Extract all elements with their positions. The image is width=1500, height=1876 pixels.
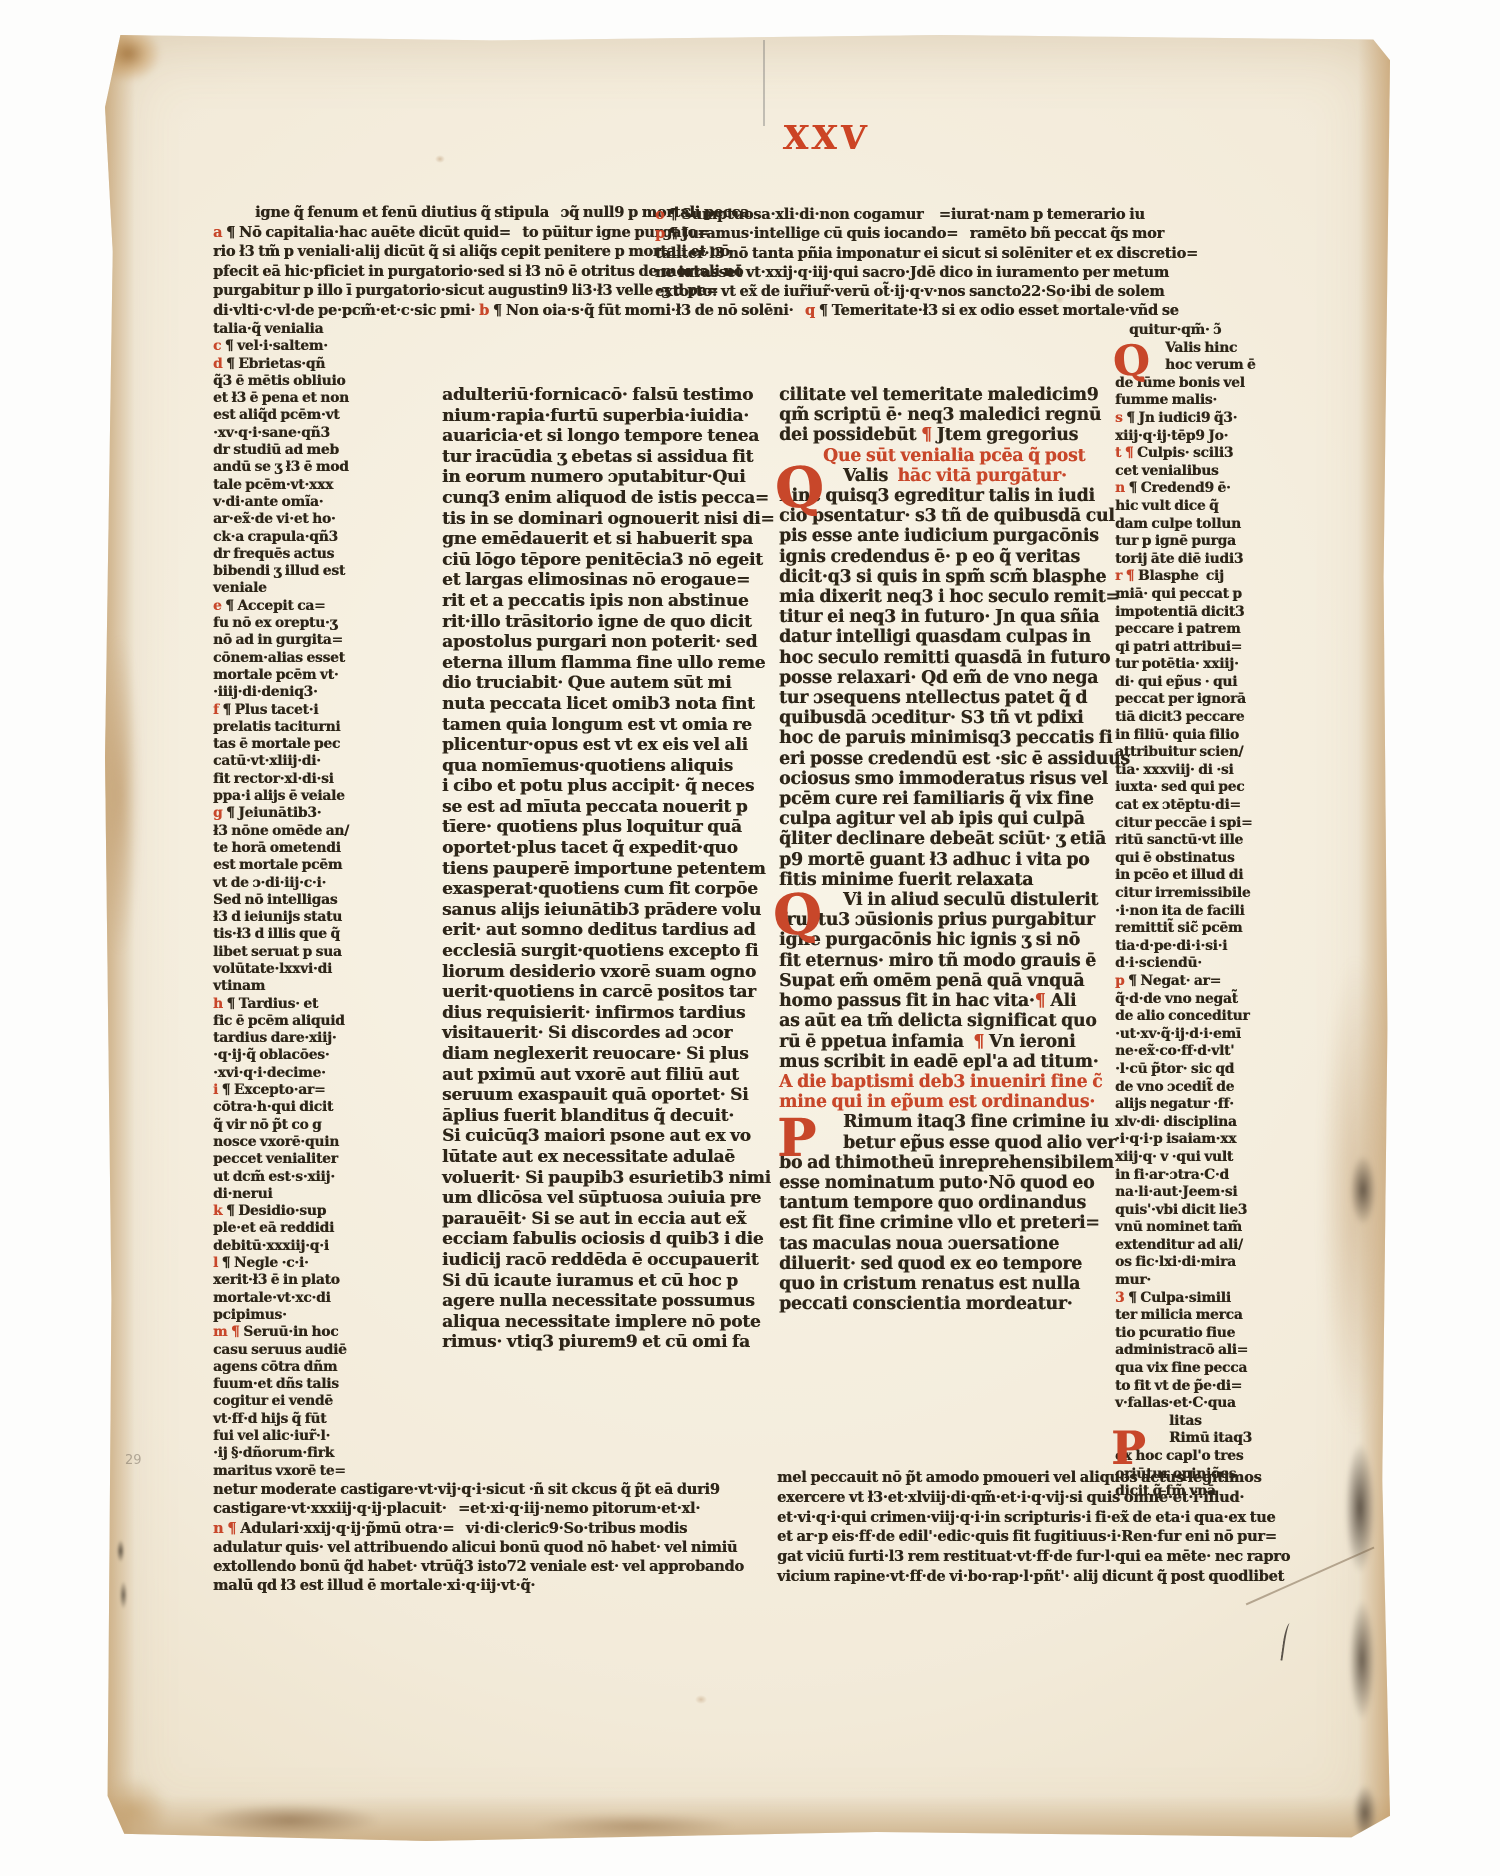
text-line: rio ł3 tm̃ p veniali·alij dicūt q̃ si al… (213, 242, 643, 262)
text-line: os fic·lxi·di·mira (1115, 1254, 1301, 1272)
text-line: ni·ł3 de nō solēni· q ¶ Temeritate·ł3 si… (655, 301, 1305, 320)
text-line: et ar·p eis·ff·de edil'·edic·quis fit fu… (777, 1527, 1302, 1547)
foxing-dot-3 (695, 1695, 707, 1704)
text-line: Si dū icaute iuramus et cū hoc p (442, 1271, 724, 1292)
text-line: d ¶ Ebrietas·qñ (213, 356, 383, 373)
text-line: Rimum itaq3 fine crimine iu (779, 1112, 1109, 1132)
text-line: tamen quia longum est vt omia re (442, 715, 724, 736)
text-line: gat viciū furti·l3 rem restituat·vt·ff·d… (777, 1547, 1302, 1567)
text-line: seruum exaspauit quā oportet· Si (442, 1085, 724, 1106)
photograph-backdrop: XXV igne q̃ fenum et fenū diutius q̃ sti… (0, 0, 1500, 1876)
text-line: fuum·et dñs talis (213, 1376, 383, 1393)
text-line: p9 mortē guant ł3 adhuc i vita po (779, 850, 1109, 870)
incunable-leaf: XXV igne q̃ fenum et fenū diutius q̃ sti… (105, 35, 1390, 1841)
right-edge-dark-blotch-2 (1345, 1443, 1375, 1573)
text-line: mine qui in ep̃um est ordinandus· (779, 1092, 1109, 1112)
text-line: g ¶ Jeiunātib3· (213, 805, 383, 822)
text-line: qua nomīemus·quotiens aliquis (442, 756, 724, 777)
text-line: quis'·vbi dicit lie3 (1115, 1202, 1301, 1220)
text-line: se est ad mīuta peccata nouerit p (442, 797, 724, 818)
text-line: quo in cristum renatus est nulla (779, 1274, 1109, 1294)
text-line: ar·ex̃·de vi·et ho· (213, 511, 383, 528)
text-line: q̃3 ē mētis obliuio (213, 373, 383, 390)
text-line: tiā dicit3 peccare (1115, 709, 1301, 727)
text-line: datur intelligi quasdam culpas in (779, 627, 1109, 647)
text-line: miā· qui peccat p (1115, 586, 1301, 604)
text-line: gne emēdauerit et si habuerit spa (442, 529, 724, 550)
text-line: mortale pcēm vt· (213, 667, 383, 684)
text-line: ł3 nōne omēde an/ (213, 823, 383, 840)
text-line: extorto: vt ex̃ de iur̃iur̃·verū ot̃·ij·… (655, 282, 1305, 301)
text-line: k ¶ Desidio·sup (213, 1203, 383, 1220)
text-line: f ¶ Plus tacet·i (213, 702, 383, 719)
left-main-text-column: adulteriū·fornicacō· falsū testimonium·r… (442, 385, 724, 1353)
text-line: n ¶ Adulari·xxij·q·ij·p̃mū otra·= vi·di·… (213, 1519, 723, 1538)
text-line: l ¶ Negle ·c·i· (213, 1255, 383, 1272)
text-line: administracō ali= (1115, 1342, 1301, 1360)
text-line: fitis minime fuerit relaxata (779, 870, 1109, 890)
text-line: iudicij racō reddēda ē occupauerit (442, 1250, 724, 1271)
text-line: culpa agitur vel ab ipis qui culpā (779, 809, 1109, 829)
text-line: extenditur ad ali/ (1115, 1237, 1301, 1255)
text-line: hic vult dice q̃ (1115, 498, 1301, 516)
text-line: hoc de paruis minimisq3 peccatis fi (779, 728, 1109, 748)
text-line: malū qd ł3 est illud ē mortale·xi·q·iij·… (213, 1576, 723, 1595)
text-line: cōnem·alias esset (213, 650, 383, 667)
text-line: ecciam fabulis ociosis d quib3 i die (442, 1229, 724, 1250)
text-line: vtinam (213, 978, 383, 995)
text-line: alijs negatur ·ff· (1115, 1096, 1301, 1114)
text-line: libet seruat p sua (213, 944, 383, 961)
text-line: ciū lōgo tēpore penitēcia3 nō egeit (442, 550, 724, 571)
text-line: i cibo et potu plus accipit· q̃ neces (442, 776, 724, 797)
text-line: m ¶ Seruū·in hoc (213, 1324, 383, 1341)
text-line: diam neglexerit reuocare· Si plus (442, 1044, 724, 1065)
text-line: ignis credendus ē· p eo q̃ veritas (779, 547, 1109, 567)
top-left-gloss-block: igne q̃ fenum et fenū diutius q̃ stipula… (213, 203, 643, 321)
text-line: tur ɔsequens ntellectus patet q̃ d (779, 688, 1109, 708)
text-line: dr studiū ad meb (213, 442, 383, 459)
text-line: maritus vxorē te= (213, 1463, 383, 1480)
text-line: bo ad thimotheū inreprehensibilem (779, 1153, 1109, 1173)
text-line: torij āte diē iudi3 (1115, 551, 1301, 569)
text-line: tur p ignē purga (1115, 533, 1301, 551)
text-line: v·di·ante omĩa· (213, 494, 383, 511)
text-line: ·ij §·dñorum·firk (213, 1445, 383, 1462)
text-line: mia dixerit neq3 i hoc seculo remit= (779, 587, 1109, 607)
text-line: ter milicia merca (1115, 1307, 1301, 1325)
right-edge-dark-blotch-1 (1350, 1155, 1376, 1225)
text-line: A die baptismi deb3 inueniri fine c̃ (779, 1072, 1109, 1092)
text-line: xiij·q· v ·qui vult (1115, 1149, 1301, 1167)
text-line: debitū·xxxiij·q·i (213, 1238, 383, 1255)
text-line: titur ei neq3 in futuro· Jn qua sñia (779, 607, 1109, 627)
text-line: impotentiā dicit3 (1115, 604, 1301, 622)
text-line: um dlicōsa vel sūptuosa ɔuiuia pre (442, 1188, 724, 1209)
bottom-dark-patch-2 (535, 1813, 735, 1839)
rubric-initial-Q: Q (773, 458, 826, 517)
text-line: fu nō ex oreptu·ʒ (213, 615, 383, 632)
text-line: ppa·i alijs ē veiale (213, 788, 383, 805)
text-line: Sed nō intelligas (213, 892, 383, 909)
text-line: dio truciabit· Que autem sūt mi (442, 673, 724, 694)
text-line: na·li·aut·Jeem·si (1115, 1184, 1301, 1202)
foxing-dot-1 (435, 155, 445, 163)
text-line: homo passus fit in hac vita·¶ Ali (779, 991, 1109, 1011)
text-line: et·vi·q·i·qui crimen·viij·q·i·in scriptu… (777, 1508, 1302, 1528)
text-line: ·xvi·q·i·decime· (213, 1065, 383, 1082)
text-line: nium·rapia·furtū superbia·iuidia· (442, 406, 724, 427)
text-line: pcipimus· (213, 1307, 383, 1324)
text-line: h ¶ Tardius· et (213, 996, 383, 1013)
text-line: ·i·non ita de facili (1115, 903, 1301, 921)
text-line: exercere vt ł3·et·xlviij·di·qm̃·et·i·q·v… (777, 1488, 1302, 1508)
text-line: iuxta· sed qui pec (1115, 779, 1301, 797)
text-line: ·q·ij·q̃ oblacōes· (213, 1047, 383, 1064)
text-line: pcēm cure rei familiaris q̃ vix fine (779, 789, 1109, 809)
text-line: in filiū· quia filio (1115, 727, 1301, 745)
text-line: ·l·cū p̃tor· sic qd (1115, 1061, 1301, 1079)
text-line: tia·d·pe·di·i·si·i (1115, 938, 1301, 956)
text-line: dicit·q3 si quis in spm̃ scm̃ blasphe (779, 567, 1109, 587)
edge-stain-bottom (105, 1795, 1390, 1841)
text-line: betur ep̃us esse quod alio ver (779, 1133, 1109, 1153)
text-line: plicentur·opus est vt ex eis vel ali (442, 735, 724, 756)
text-line: ecclesiā surgit·quotiens excepto fi (442, 941, 724, 962)
pencil-annotation: 29 (125, 1453, 142, 1468)
text-line: ·i·q·i·p isaiam·xx (1115, 1131, 1301, 1149)
text-line: ut dcm̃ est·s·xiij· (213, 1169, 383, 1186)
text-line: vt de ɔ·di·iij·c·i· (213, 875, 383, 892)
text-line: tale pcēm·vt·xxx (213, 477, 383, 494)
text-line: cio psentatur· s3 tñ de quibusdā cul (779, 506, 1109, 526)
text-line: ple·et eā reddidi (213, 1220, 383, 1237)
rubric-initial-Q-small: Q (1112, 339, 1151, 383)
text-line: vt·ff·d hijs q̃ fūt (213, 1411, 383, 1428)
text-line: talia·q̃ venialia (213, 321, 383, 338)
rubric-initial-Q: Q (771, 885, 824, 944)
text-line: parauēit· Si se aut in eccia aut ex̃ (442, 1209, 724, 1230)
text-line: tur potētia· xxiij· (1115, 656, 1301, 674)
text-line: p ¶ Negat· ar= (1115, 973, 1301, 991)
text-line: rit·illo trāsitorio igne de quo dicit (442, 612, 724, 633)
text-line: vicium rapine·vt·ff·de vi·bo·rap·l·pñt'·… (777, 1567, 1302, 1587)
text-line: qui ē obstinatus (1115, 850, 1301, 868)
text-line: peccare i patrem (1115, 621, 1301, 639)
text-line: Vi in aliud seculū distulerit (779, 890, 1109, 910)
text-line: di·nerui (213, 1186, 383, 1203)
text-line: erit· aut somno deditus tardius ad (442, 920, 724, 941)
text-line: fui vel alic·iur̃·l· (213, 1428, 383, 1445)
text-line: v·fallas·et·C·qua (1115, 1395, 1301, 1413)
text-line: tia· xxxviij· di ·si (1115, 762, 1301, 780)
text-line: pfecit eā hic·pficiet in purgatorio·sed … (213, 262, 643, 282)
text-line: a ¶ Nō capitalia·hac auēte dicūt quid= t… (213, 223, 643, 243)
text-line: cet venialibus (1115, 463, 1301, 481)
text-line: veniale (213, 580, 383, 597)
text-line: to fit vt de p̃e·di= (1115, 1378, 1301, 1396)
edge-stain-left-mid (99, 635, 141, 955)
text-line: fic ē pcēm aliquid (213, 1013, 383, 1030)
text-line: mus scribit in eadē epl'a ad titum· (779, 1052, 1109, 1072)
text-line: catū·vt·xliij·di· (213, 753, 383, 770)
text-line: i ¶ Excepto·ar= (213, 1082, 383, 1099)
text-line: netur moderate castigare·vt·vij·q·i·sicu… (213, 1480, 723, 1499)
text-line: qm̃ scriptū ē· neq3 maledici regnū (779, 405, 1109, 425)
text-line: hoc seculo remitti quasdā in futuro (779, 648, 1109, 668)
text-line: tīere· quotiens plus loquitur quā (442, 817, 724, 838)
text-line: casu seruus audiē (213, 1342, 383, 1359)
text-line: volūtate·lxxvi·di (213, 961, 383, 978)
text-line: Supat em̃ omēm penā quā vnquā (779, 971, 1109, 991)
text-line: xiij·q·ij·tēp9 Jo· (1115, 428, 1301, 446)
text-line: peccati conscientia mordeatur· (779, 1294, 1109, 1314)
text-line: igne q̃ fenum et fenū diutius q̃ stipula… (213, 203, 643, 223)
text-line: tis·ł3 d illis que q̃ (213, 926, 383, 943)
text-line: ociosus smo immoderatus risus vel (779, 769, 1109, 789)
text-line: de alio conceditur (1115, 1008, 1301, 1026)
text-line: dr frequēs actus (213, 546, 383, 563)
text-line: tardius dare·xiij· (213, 1030, 383, 1047)
text-line: n ¶ Credend9 ē· (1115, 480, 1301, 498)
right-gloss-column: quitur·qm̃· ɔ̃Valis hinchoc verum ēde fu… (1115, 322, 1301, 1501)
text-line: posse relaxari· Qd em̃ de vno nega (779, 668, 1109, 688)
edge-stain-left (105, 35, 135, 1841)
text-line: cat ex ɔtēptu·di= (1115, 797, 1301, 815)
text-line: prelatis taciturni (213, 719, 383, 736)
text-line: igne purgacōnis hic ignis ʒ si nō (779, 930, 1109, 950)
text-line: ne·ex̃·co·ff·d·vlt' (1115, 1043, 1301, 1061)
text-line: apostolus purgari non poterit· sed (442, 632, 724, 653)
text-line: auaricia·et si longo tempore tenea (442, 426, 724, 447)
text-line: vnū nominet tam̃ (1115, 1219, 1301, 1237)
text-line: cilitate vel temeritate maledicim9 (779, 385, 1109, 405)
text-line: ritū sanctū·vt ille (1115, 832, 1301, 850)
text-line: de vno ɔcedit̃ de (1115, 1079, 1301, 1097)
text-line: castigare·vt·xxxiij·q·ij·placuit· =et·xi… (213, 1499, 723, 1518)
text-line: s ¶ Jn iudici9 q̃3· (1115, 410, 1301, 428)
text-line: fit eternus· miro tñ modo grauis ē (779, 951, 1109, 971)
text-line: qua vix fine pecca (1115, 1360, 1301, 1378)
text-line: tantum tempore quo ordinandus (779, 1193, 1109, 1213)
text-line: in fi·ar·ɔtra·C·d (1115, 1167, 1301, 1185)
text-line: andū se ʒ ł3 ē mod (213, 459, 383, 476)
text-line: ck·a crapula·qñ3 (213, 529, 383, 546)
text-line: xerit·ł3 ē in plato (213, 1272, 383, 1289)
text-line: xlv·di· disciplina (1115, 1114, 1301, 1132)
text-line: uerit·quotiens in carcē positos tar (442, 982, 724, 1003)
text-line: diluerit· sed quod ex eo tempore (779, 1254, 1109, 1274)
text-line: r ¶ Blasphe cij (1115, 568, 1301, 586)
text-line: mel peccauit nō p̃t amodo pmoueri vel al… (777, 1468, 1302, 1488)
text-line: esse nominatum puto·Nō quod eo (779, 1173, 1109, 1193)
text-line: liorum desiderio vxorē suam ogno (442, 962, 724, 983)
text-line: q̃ vir nō p̃t co g (213, 1117, 383, 1134)
text-line: ·iiij·di·deniq3· (213, 684, 383, 701)
text-line: qi patri attribui= (1115, 639, 1301, 657)
text-line: rit et a peccatis ipis non abstinue (442, 591, 724, 612)
text-line: t ¶ Culpis· scili3 (1115, 445, 1301, 463)
text-line: hinc quisq3 egreditur talis in iudi (779, 486, 1109, 506)
text-line: purgabitur p illo ī purgatorio·sicut aug… (213, 281, 643, 301)
text-line: tas maculas noua ɔuersatione (779, 1234, 1109, 1254)
text-line: nō ad in gurgita= (213, 632, 383, 649)
text-line: adulatur quis· vel attribuendo alicui bo… (213, 1538, 723, 1557)
text-line: est aliq̃d pcēm·vt (213, 407, 383, 424)
crease-hairline (763, 40, 765, 126)
text-line: citur peccāe i spi= (1115, 815, 1301, 833)
text-line: cogitur ei vendē (213, 1393, 383, 1410)
text-line: sanus alijs ieiunātib3 prādere volu (442, 900, 724, 921)
text-line: exasperat·quotiens cum fit corpōe (442, 879, 724, 900)
right-edge-dark-blotch-3 (1349, 1600, 1375, 1720)
text-line: q̃liter declinare debeāt sciūt· ʒ etiā (779, 829, 1109, 849)
text-line: taliter·l3 nō tanta pñia imponatur ei si… (655, 244, 1305, 263)
corner-stain-bottom-left (97, 1675, 277, 1845)
text-line: Que sūt venialia pcēa q̃ post (779, 446, 1109, 466)
text-line: dius requisierit· infirmos tardius (442, 1003, 724, 1024)
text-line: te horā ometendi (213, 840, 383, 857)
right-edge-dark-blotch-4 (1353, 1785, 1377, 1841)
text-line: fructu3 ɔūsionis prius purgabitur (779, 910, 1109, 930)
text-line: peccet venialiter (213, 1151, 383, 1168)
text-line: o ¶ Sumptuosa·xli·di·non cogamur =iurat·… (655, 205, 1305, 224)
text-line: bibendi ʒ illud est (213, 563, 383, 580)
ink-mark (1280, 1623, 1292, 1662)
corner-stain-top-left (93, 25, 283, 155)
edge-stain-right (1358, 35, 1390, 1841)
text-line: tio pcuratio fiue (1115, 1325, 1301, 1343)
bottom-dark-patch-1 (200, 1803, 380, 1837)
text-line: di· qui ep̃us · qui (1115, 674, 1301, 692)
text-line: est mortale pcēm (213, 857, 383, 874)
rubric-initial-P: P (777, 1113, 816, 1165)
text-line: tis in se dominari ognouerit nisi di= (442, 509, 724, 530)
text-line: rū ē ppetua infamia ¶ Vn ieroni (779, 1032, 1109, 1052)
text-line: mortale·vt·xc·di (213, 1290, 383, 1307)
text-line: aut pximū aut vxorē aut filiū aut (442, 1065, 724, 1086)
text-line: nuta peccata licet omib3 nota fint (442, 694, 724, 715)
bottom-left-gloss-block: netur moderate castigare·vt·vij·q·i·sicu… (213, 1480, 723, 1596)
text-line: q̃·d·de vno negat̃ (1115, 991, 1301, 1009)
text-line: et largas elimosinas nō erogaue= (442, 570, 724, 591)
text-line: attribuitur scien/ (1115, 744, 1301, 762)
text-line: nosce vxorē·quin (213, 1134, 383, 1151)
text-line: fumme malis· (1115, 392, 1301, 410)
text-line: eri posse credendū est ·sic ē assiduus (779, 749, 1109, 769)
text-line: tiens pauperē importune petentem (442, 859, 724, 880)
folio-number: XXV (782, 118, 871, 157)
text-line: p ¶ Juramus·intellige cū quis iocando= r… (655, 224, 1305, 243)
text-line: tas ē mortale pec (213, 736, 383, 753)
text-line: est fit fine crimine vllo et preteri= (779, 1213, 1109, 1233)
text-line: d·i·sciendū· (1115, 955, 1301, 973)
left-edge-dark-specks (115, 1535, 129, 1615)
text-line: voluerit· Si paupib3 esurietib3 nimi (442, 1168, 724, 1189)
text-line: Si cuicūq3 maiori psone aut ex vo (442, 1126, 724, 1147)
text-line: tur iracūdia ʒ ebetas si assidua fit (442, 447, 724, 468)
text-line: 3 ¶ Culpa·simili (1115, 1290, 1301, 1308)
text-line: ne iurasset vt·xxij·q·iij·qui sacro·Jdē … (655, 263, 1305, 282)
text-line: mur· (1115, 1272, 1301, 1290)
text-line: agere nulla necessitate possumus (442, 1291, 724, 1312)
text-line: et ł3 ē pena et non (213, 390, 383, 407)
right-main-text-column: cilitate vel temeritate maledicim9qm̃ sc… (779, 385, 1109, 1314)
text-line: fit rector·xl·di·si (213, 771, 383, 788)
text-line: in pcēo et illud di (1115, 867, 1301, 885)
text-line: c ¶ vel·i·saltem· (213, 338, 383, 355)
text-line: di·vlti·c·vl·de pe·pcm̃·et·c·sic pmi· b … (213, 301, 643, 321)
text-line: ·xv·q·i·sane·qñ3 (213, 425, 383, 442)
text-line: ·ut·xv·q̃·ij·d·i·emī (1115, 1026, 1301, 1044)
text-line: as aūt ea tm̃ delicta significat quo (779, 1011, 1109, 1031)
top-right-gloss-block: o ¶ Sumptuosa·xli·di·non cogamur =iurat·… (655, 205, 1305, 321)
text-line: aliqua necessitate implere nō pote (442, 1312, 724, 1333)
text-line: ł3 d ieiunijs statu (213, 909, 383, 926)
text-line: dam culpe tollun (1115, 516, 1301, 534)
text-line: eterna illum flamma fine ullo reme (442, 653, 724, 674)
text-line: cunq3 enim aliquod de istis pecca= (442, 488, 724, 509)
text-line: Valis hāc vitā purgātur· (779, 466, 1109, 486)
text-line: visitauerit· Si discordes ad ɔcor (442, 1023, 724, 1044)
text-line: quibusdā ɔceditur· S3 tñ vt pdixi (779, 708, 1109, 728)
text-line: oportet·plus tacet q̃ expedit·quo (442, 838, 724, 859)
text-line: cōtra·h·qui dicit (213, 1099, 383, 1116)
text-line: lūtate aut ex necessitate adulaē (442, 1147, 724, 1168)
text-line: agens cōtra dñm (213, 1359, 383, 1376)
text-line: dei possidebūt ¶ Jtem gregorius (779, 425, 1109, 445)
text-line: remittit̃ sic̃ pcēm (1115, 920, 1301, 938)
text-line: adulteriū·fornicacō· falsū testimo (442, 385, 724, 406)
rubric-initial-P-small: P (1111, 1425, 1146, 1471)
text-line: extollendo bonū q̃d habet· vtrūq̃3 isto7… (213, 1557, 723, 1576)
text-line: in eorum numero ɔputabitur·Qui (442, 467, 724, 488)
text-line: citur irremissibile (1115, 885, 1301, 903)
text-line: āplius fuerit blanditus q̃ decuit· (442, 1106, 724, 1127)
left-gloss-column: talia·q̃ venialiac ¶ vel·i·saltem·d ¶ Eb… (213, 321, 383, 1480)
text-line: e ¶ Accepit ca= (213, 598, 383, 615)
text-line: pis esse ante iudicium purgacōnis (779, 526, 1109, 546)
bottom-right-gloss-block: mel peccauit nō p̃t amodo pmoueri vel al… (777, 1468, 1302, 1587)
text-line: rimus· vtiq3 piurem9 et cū omi fa (442, 1332, 724, 1353)
text-line: peccat per ignorā (1115, 691, 1301, 709)
right-edge-tan-wash (1320, 955, 1390, 1435)
